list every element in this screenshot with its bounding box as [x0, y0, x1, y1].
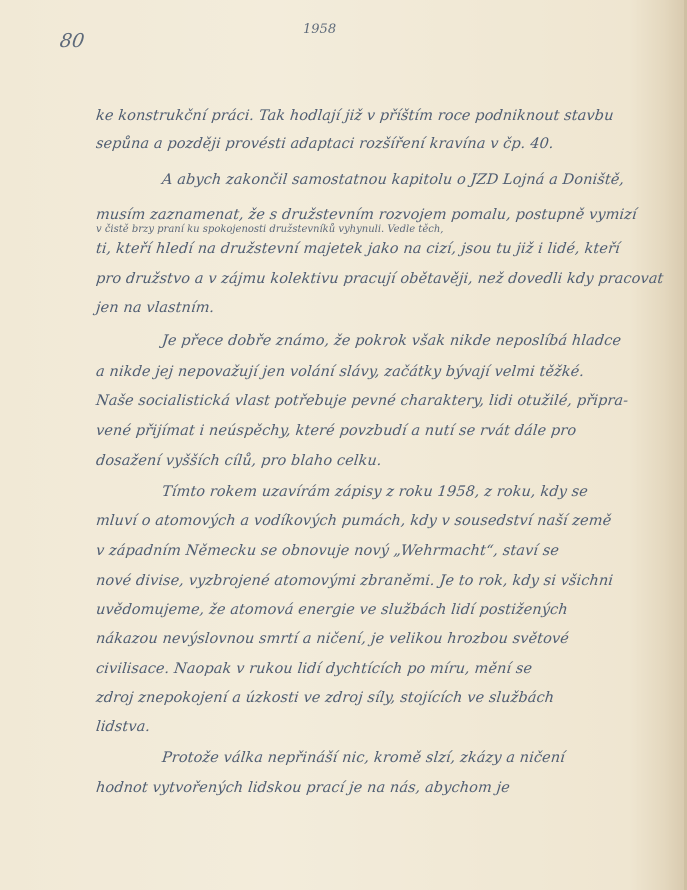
- page-number: 80: [58, 30, 85, 52]
- text-line: musím zaznamenat, že s družstevním rozvo…: [95, 207, 649, 223]
- text-line: ti, kteří hledí na družstevní majetek ja…: [95, 241, 649, 257]
- text-line: nové divise, vyzbrojené atomovými zbraně…: [95, 573, 649, 589]
- text-line: vené přijímat i neúspěchy, které povzbud…: [95, 423, 649, 439]
- text-line: a nikde jej nepovažují jen volání slávy,…: [95, 364, 649, 380]
- text-line: ke konstrukční práci. Tak hodlají již v …: [95, 108, 649, 124]
- text-line: civilisace. Naopak v rukou lidí dychtící…: [95, 661, 649, 677]
- year-header: 1958: [303, 22, 336, 37]
- interlinear-note: v čistě brzy praní ku spokojenosti družs…: [96, 224, 443, 235]
- text-line: A abych zakončil samostatnou kapitolu o …: [161, 172, 649, 188]
- text-line: v západním Německu se obnovuje nový „Weh…: [95, 543, 649, 559]
- text-line: jen na vlastním.: [95, 300, 649, 316]
- text-line: Je přece dobře známo, že pokrok však nik…: [161, 333, 649, 349]
- text-line: Naše socialistická vlast potřebuje pevné…: [95, 393, 649, 409]
- text-line: sepůna a později provésti adaptaci rozší…: [95, 136, 649, 152]
- text-line: nákazou nevýslovnou smrtí a ničení, je v…: [95, 631, 649, 647]
- text-line: lidstva.: [95, 719, 649, 735]
- chronicle-page: 80 1958 ke konstrukční práci. Tak hodlaj…: [0, 0, 687, 890]
- text-line: uvědomujeme, že atomová energie ve služb…: [95, 602, 649, 618]
- text-line: Tímto rokem uzavírám zápisy z roku 1958,…: [161, 484, 649, 500]
- text-line: Protože válka nepřináší nic, kromě slzí,…: [161, 750, 649, 766]
- text-line: pro družstvo a v zájmu kolektivu pracují…: [95, 271, 649, 287]
- text-line: zdroj znepokojení a úzkosti ve zdroj síl…: [95, 690, 649, 706]
- text-line: dosažení vyšších cílů, pro blaho celku.: [95, 453, 649, 469]
- text-line: hodnot vytvořených lidskou prací je na n…: [95, 780, 649, 796]
- text-line: mluví o atomových a vodíkových pumách, k…: [95, 513, 649, 529]
